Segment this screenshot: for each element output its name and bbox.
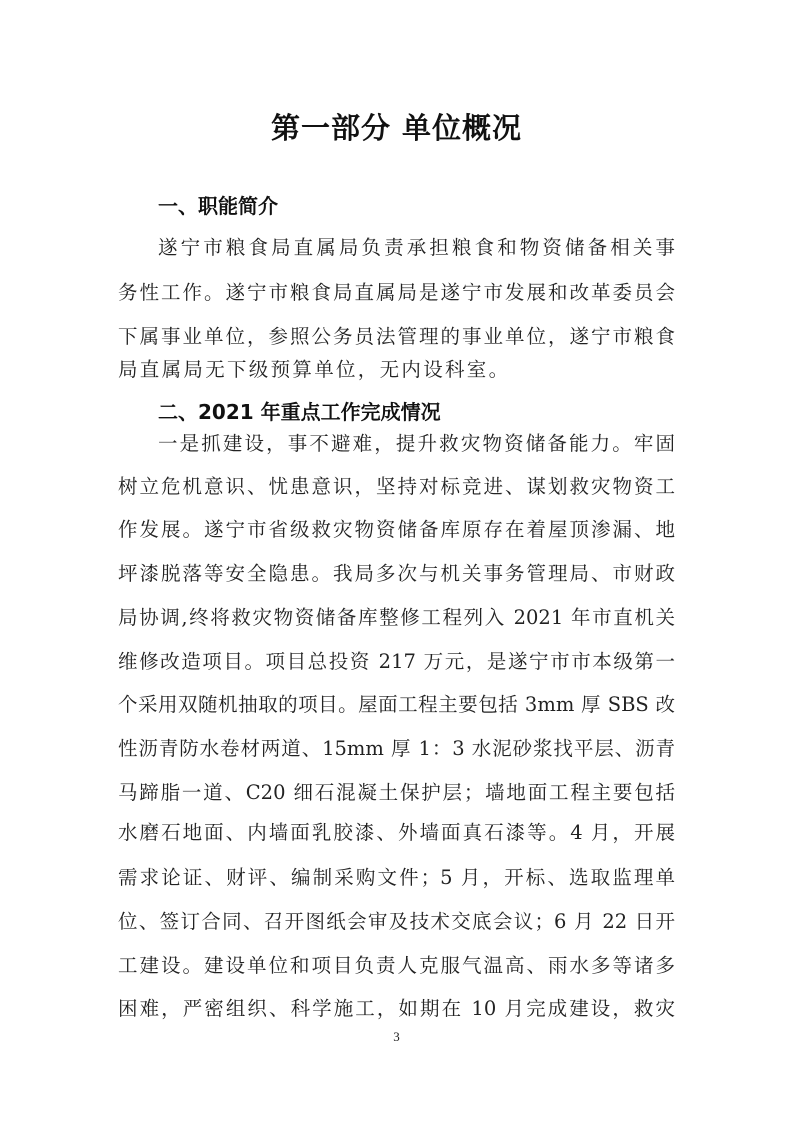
paragraph-line: 困难，严密组织、科学施工，如期在 10 月完成建设，救灾 <box>118 995 675 1023</box>
page-number: 3 <box>0 1029 793 1045</box>
paragraph-line: 需求论证、财评、编制采购文件；5 月，开标、选取监理单 <box>118 864 675 892</box>
document-page: 第一部分 单位概况 一、职能简介 遂宁市粮食局直属局负责承担粮食和物资储备相关事… <box>0 0 793 1122</box>
paragraph-line: 马蹄脂一道、C20 细石混凝土保护层；墙地面工程主要包括 <box>118 779 675 807</box>
paragraph-line: 作发展。遂宁市省级救灾物资储备库原存在着屋顶渗漏、地 <box>118 516 675 544</box>
paragraph-line: 务性工作。遂宁市粮食局直属局是遂宁市发展和改革委员会 <box>118 279 675 307</box>
section-heading-2021-work: 二、2021 年重点工作完成情况 <box>158 396 441 425</box>
paragraph-line: 下属事业单位，参照公务员法管理的事业单位，遂宁市粮食 <box>118 323 675 351</box>
paragraph-line: 树立危机意识、忧患意识，坚持对标竞进、谋划救灾物资工 <box>118 473 675 501</box>
section-heading-functions: 一、职能简介 <box>158 190 278 219</box>
paragraph-line: 维修改造项目。项目总投资 217 万元，是遂宁市市本级第一 <box>118 648 675 676</box>
paragraph-line: 水磨石地面、内墙面乳胶漆、外墙面真石漆等。4 月，开展 <box>118 819 675 847</box>
paragraph-line: 性沥青防水卷材两道、15mm 厚 1：3 水泥砂浆找平层、沥青 <box>118 735 675 763</box>
paragraph-line: 工建设。建设单位和项目负责人克服气温高、雨水多等诸多 <box>118 952 675 980</box>
page-title: 第一部分 单位概况 <box>0 106 793 147</box>
paragraph-line: 局直属局无下级预算单位，无内设科室。 <box>118 356 675 384</box>
paragraph-line: 局协调,终将救灾物资储备库整修工程列入 2021 年市直机关 <box>118 604 675 632</box>
paragraph-line: 个采用双随机抽取的项目。屋面工程主要包括 3mm 厚 SBS 改 <box>118 691 675 719</box>
paragraph-line: 位、签订合同、召开图纸会审及技术交底会议；6 月 22 日开 <box>118 908 675 936</box>
paragraph-line: 一是抓建设，事不避难，提升救灾物资储备能力。牢固 <box>158 430 675 458</box>
paragraph-line: 遂宁市粮食局直属局负责承担粮食和物资储备相关事 <box>158 234 675 262</box>
paragraph-line: 坪漆脱落等安全隐患。我局多次与机关事务管理局、市财政 <box>118 560 675 588</box>
